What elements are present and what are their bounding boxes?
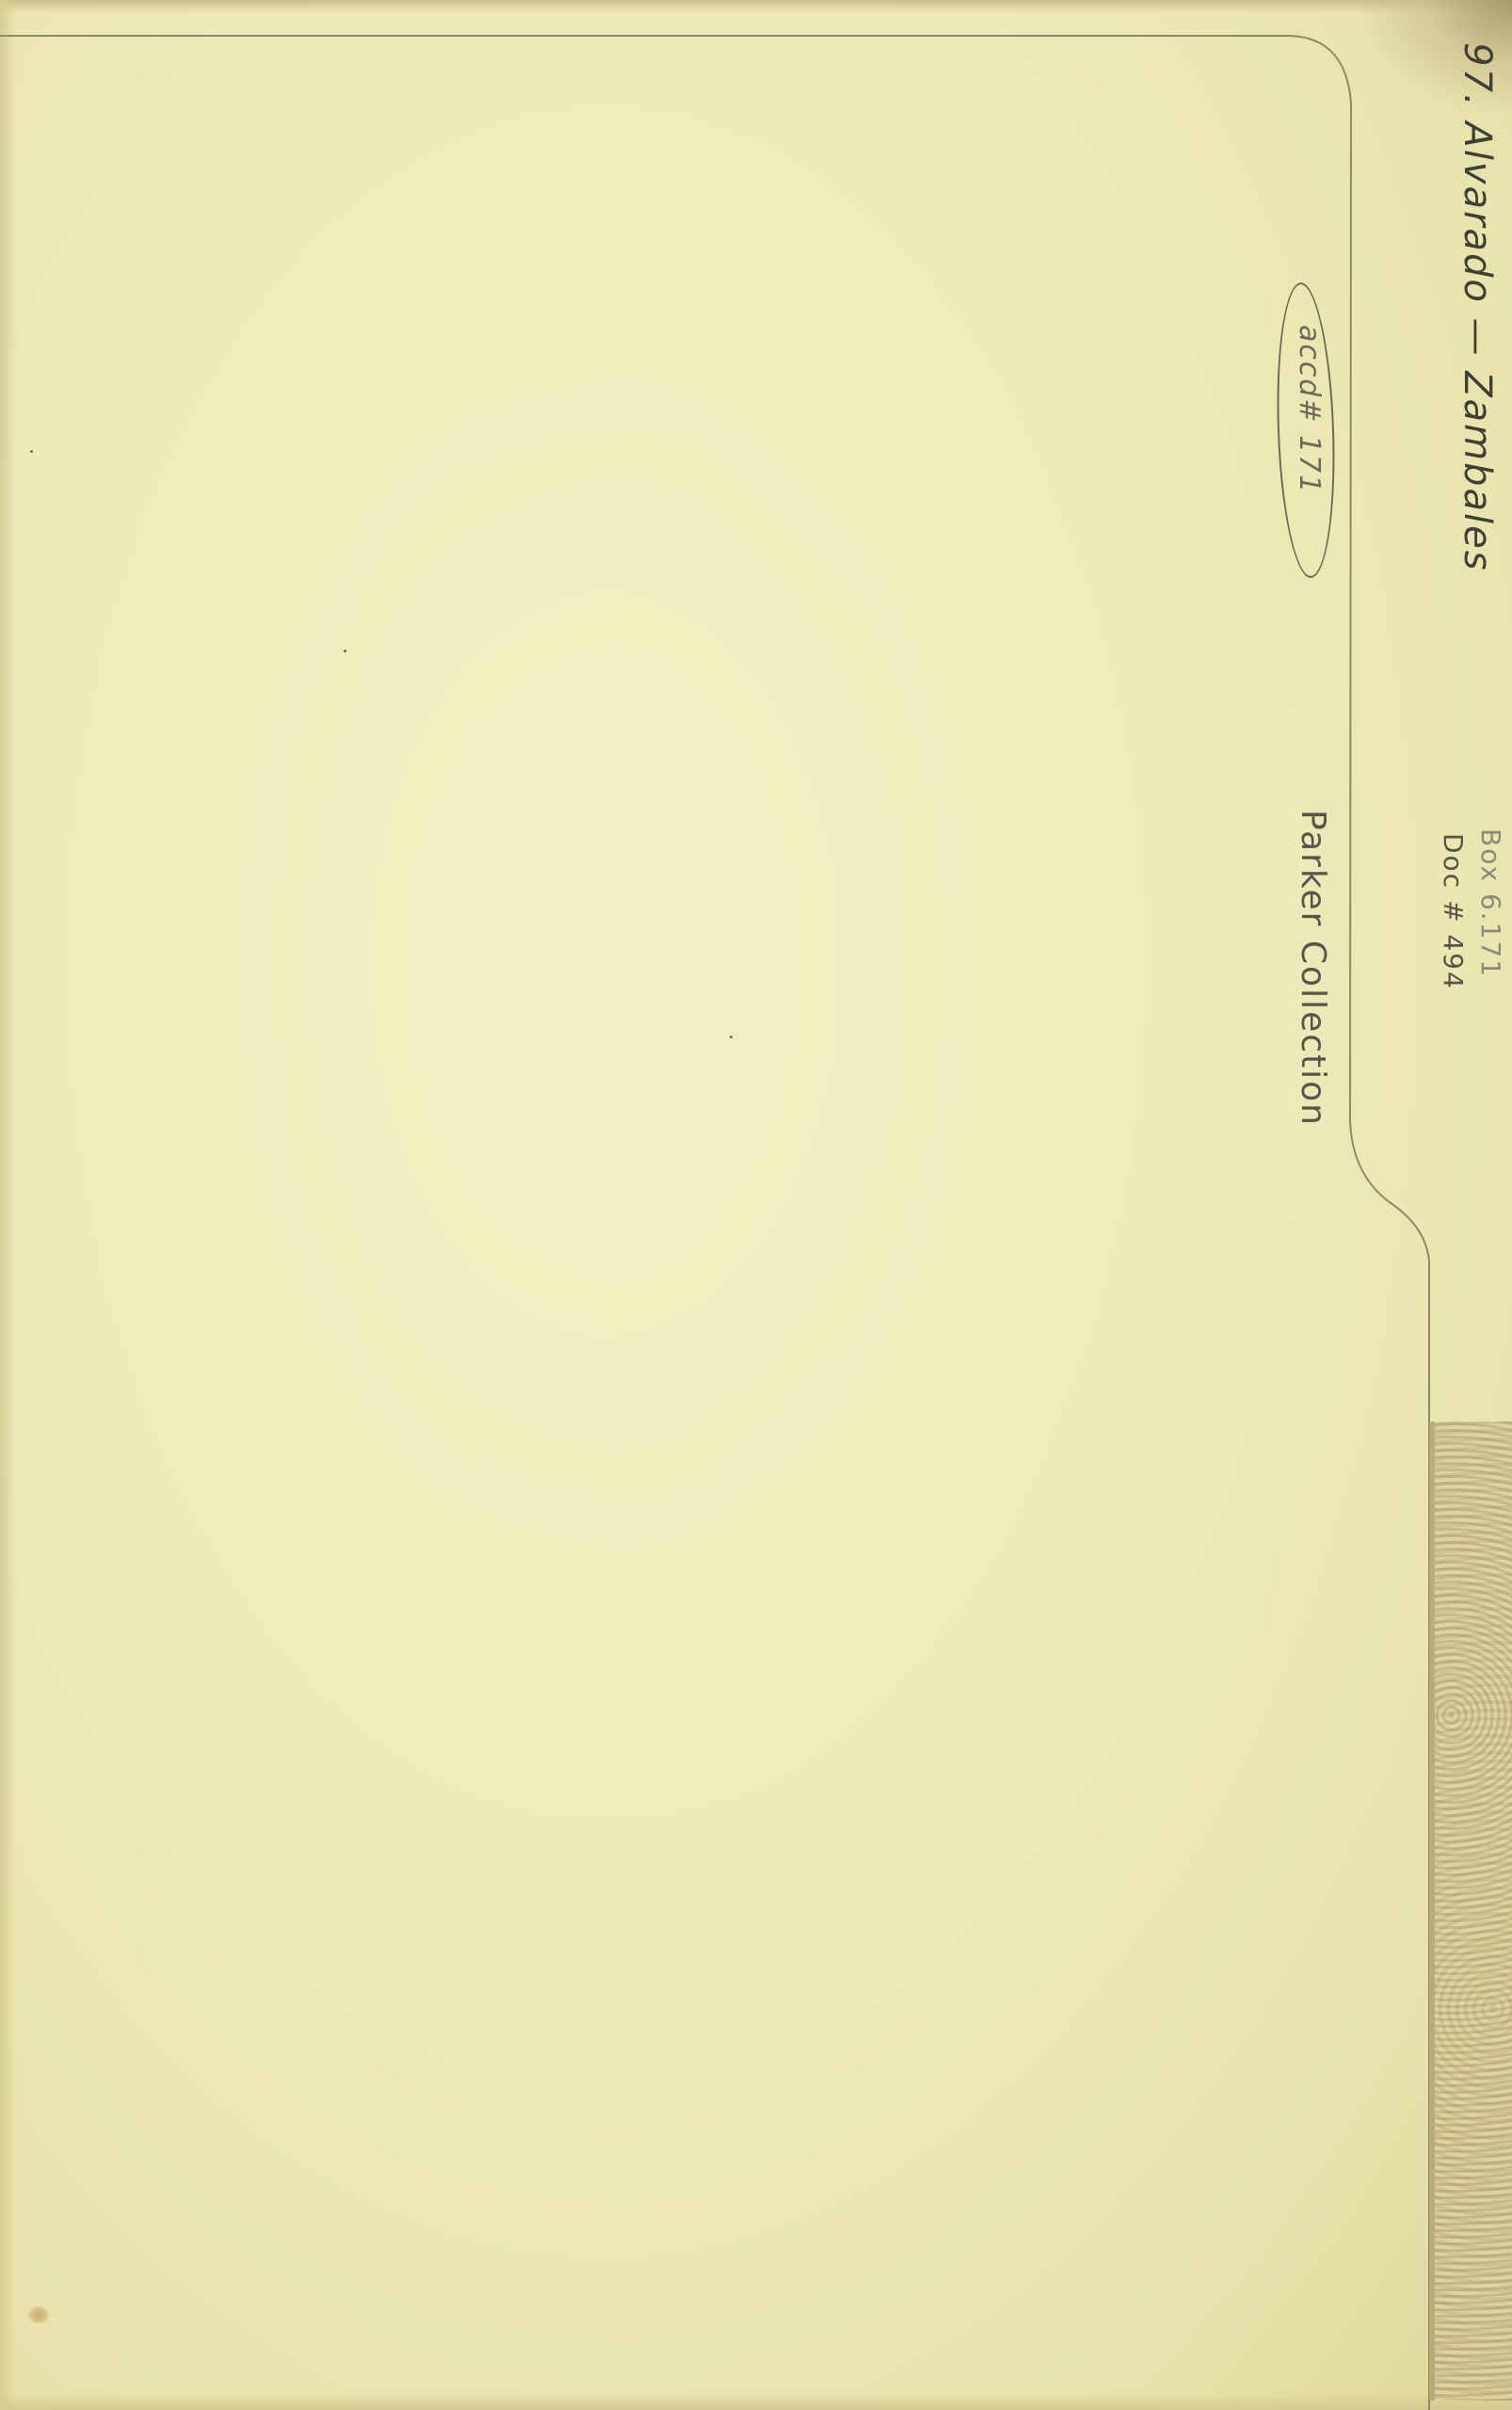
worn-edge-strip — [1429, 1422, 1512, 2401]
folder-title-label: 97. Alvarado — Zambales — [1456, 42, 1499, 572]
speck — [730, 1036, 732, 1038]
collection-label: Parker Collection — [1294, 810, 1332, 1127]
box-number-label: Box 6.171 — [1475, 828, 1506, 978]
speck — [344, 650, 346, 652]
accession-label: accd# 171 — [1293, 325, 1326, 494]
doc-number-label: Doc # 494 — [1438, 833, 1469, 990]
stain-spot — [28, 2306, 49, 2323]
folder-background: 97. Alvarado — Zambales accd# 171 Box 6.… — [0, 0, 1512, 2410]
speck — [30, 450, 33, 453]
